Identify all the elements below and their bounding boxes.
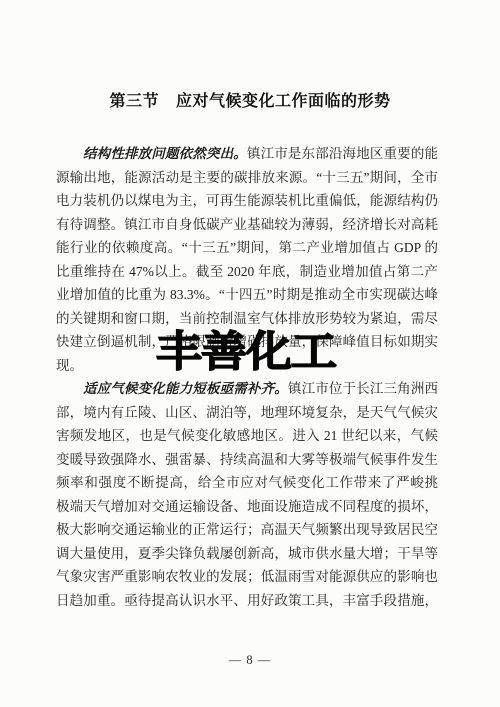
text-line: 极端天气增加对交通运输设备、地面设施造成不同程度的损坏， — [56, 495, 438, 519]
text-line: 气象灾害严重影响农牧业的发展；低温雨雪对能源供应的影响也 — [56, 565, 438, 589]
text-line: 极大影响交通运输业的正常运行；高温天气频繁出现导致居民空 — [56, 518, 438, 542]
line-text: 的关键期和窗口期，当前控制温室气体排放形势较为紧迫，需尽 — [56, 311, 438, 326]
text-line: 变暖导致强降水、强雷暴、持续高温和大雾等极端气候事件发生 — [56, 448, 438, 472]
line-text: 电力装机仍以煤电为主，可再生能源装机比重偏低，能源结构仍 — [56, 193, 438, 208]
line-text: 部，境内有丘陵、山区、湖泊等，地理环境复杂，是天气气候灾 — [56, 405, 438, 420]
text-line: 适应气候变化能力短板亟需补齐。镇江市位于长江三角洲西 — [56, 377, 438, 401]
text-line: 调大量使用，夏季尖锋负载屡创新高，城市供水量大增；干旱等 — [56, 542, 438, 566]
text-line: 比重维持在 47%以上。截至 2020 年底，制造业增加值占第二产 — [56, 260, 438, 284]
line-text: 源输出地，能源活动是主要的碳排放来源。“十三五”期间，全市 — [56, 170, 438, 185]
text-line: 部，境内有丘陵、山区、湖泊等，地理环境复杂，是天气气候灾 — [56, 401, 438, 425]
line-text: 气象灾害严重影响农牧业的发展；低温雨雪对能源供应的影响也 — [56, 569, 438, 584]
line-text: 频率和强度不断提高，给全市应对气候变化工作带来了严峻挑战。 — [56, 475, 438, 495]
line-text: 比重维持在 47%以上。截至 2020 年底，制造业增加值占第二产 — [56, 264, 438, 279]
line-text: 变暖导致强降水、强雷暴、持续高温和大雾等极端气候事件发生 — [56, 452, 438, 467]
line-text: 极大影响交通运输业的正常运行；高温天气频繁出现导致居民空 — [56, 522, 438, 537]
section-heading: 应对气候变化工作面临的形势 — [176, 93, 391, 110]
line-text: 极端天气增加对交通运输设备、地面设施造成不同程度的损坏， — [56, 499, 438, 514]
text-line: 电力装机仍以煤电为主，可再生能源装机比重偏低，能源结构仍 — [56, 189, 438, 213]
text-line: 频率和强度不断提高，给全市应对气候变化工作带来了严峻挑战。 — [56, 471, 438, 495]
text-line: 能行业的依赖度高。“十三五”期间，第二产业增加值占 GDP 的 — [56, 236, 438, 260]
line-text: 现。 — [56, 358, 83, 373]
line-text: 能行业的依赖度高。“十三五”期间，第二产业增加值占 GDP 的 — [56, 240, 438, 255]
line-text: 日趋加重。亟待提高认识水平、用好政策工具，丰富手段措施， — [56, 593, 438, 608]
text-line: 日趋加重。亟待提高认识水平、用好政策工具，丰富手段措施， — [56, 589, 438, 613]
line-text: 业增加值的比重为 83.3%。“十四五”时期是推动全市实现碳达峰 — [56, 287, 438, 302]
text-line: 有待调整。镇江市自身低碳产业基础较为薄弱，经济增长对高耗 — [56, 213, 438, 237]
line-text: 调大量使用，夏季尖锋负载屡创新高，城市供水量大增；干旱等 — [56, 546, 438, 561]
line-text: 镇江市位于长江三角洲西 — [288, 381, 438, 396]
text-line: 害频发地区，也是气候变化敏感地区。进入 21 世纪以来，气候 — [56, 424, 438, 448]
text-line: 源输出地，能源活动是主要的碳排放来源。“十三五”期间，全市 — [56, 166, 438, 190]
section-title: 第三节应对气候变化工作面临的形势 — [0, 92, 500, 112]
line-text: 镇江市是东部沿海地区重要的能 — [247, 146, 438, 161]
section-number: 第三节 — [109, 93, 159, 110]
lead-emphasis: 结构性排放问题依然突出。 — [83, 146, 247, 161]
line-text: 有待调整。镇江市自身低碳产业基础较为薄弱，经济增长对高耗 — [56, 217, 438, 232]
text-line: 业增加值的比重为 83.3%。“十四五”时期是推动全市实现碳达峰 — [56, 283, 438, 307]
text-line: 结构性排放问题依然突出。镇江市是东部沿海地区重要的能 — [56, 142, 438, 166]
page-number: — 8 — — [0, 653, 500, 668]
document-page: 第三节应对气候变化工作面临的形势 结构性排放问题依然突出。镇江市是东部沿海地区重… — [0, 0, 500, 707]
line-text: 害频发地区，也是气候变化敏感地区。进入 21 世纪以来，气候 — [56, 428, 438, 443]
watermark-text: 丰善化工 — [156, 330, 346, 372]
document-body: 结构性排放问题依然突出。镇江市是东部沿海地区重要的能源输出地，能源活动是主要的碳… — [56, 142, 438, 612]
lead-emphasis: 适应气候变化能力短板亟需补齐。 — [83, 381, 288, 396]
